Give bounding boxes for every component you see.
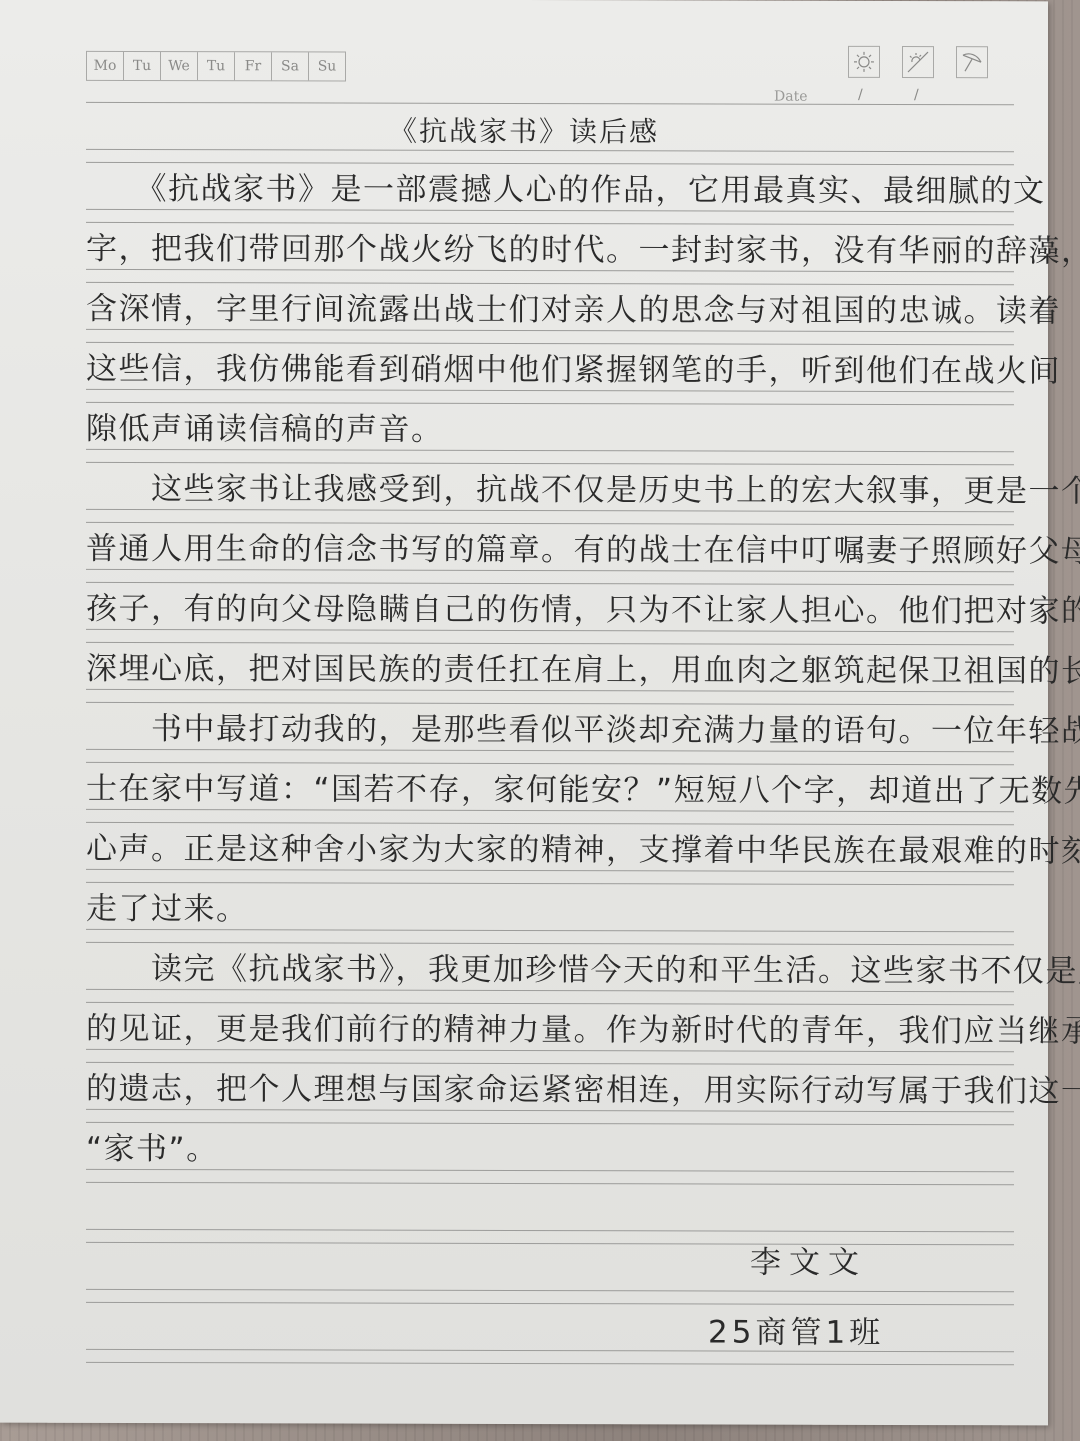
essay-line: 孩子，有的向父母隐瞒自己的伤情，只为不让家人担心。他们把对家的眷恋 bbox=[86, 589, 1008, 631]
weekday-selector: Mo Tu We Tu Fr Sa Su bbox=[86, 51, 346, 82]
essay-line: 隙低声诵读信稿的声音。 bbox=[86, 409, 1008, 451]
ruled-line bbox=[86, 1242, 1014, 1245]
sun-icon bbox=[848, 46, 880, 78]
ruled-line bbox=[86, 282, 1014, 285]
ruled-line bbox=[86, 1122, 1014, 1125]
essay-line: 普通人用生命的信念书写的篇章。有的战士在信中叮嘱妻子照顾好父母和 bbox=[86, 529, 1008, 571]
essay-line: 士在家中写道：“国若不存，家何能安？”短短八个字，却道出了无数先烈的 bbox=[86, 769, 1008, 811]
weekday-sa: Sa bbox=[272, 52, 309, 80]
weekday-th: Tu bbox=[198, 52, 235, 80]
ruled-line bbox=[86, 1302, 1014, 1305]
umbrella-icon bbox=[956, 46, 988, 78]
ruled-line bbox=[86, 1289, 1014, 1292]
ruled-line bbox=[86, 1362, 1014, 1365]
ruled-line bbox=[86, 642, 1014, 645]
essay-line: 心声。正是这种舍小家为大家的精神，支撑着中华民族在最艰难的时刻 bbox=[86, 829, 1008, 871]
signature-class: 25商管1班 bbox=[708, 1306, 884, 1351]
weather-boxes bbox=[848, 46, 988, 78]
ruled-line bbox=[86, 882, 1014, 885]
ruled-line bbox=[86, 462, 1014, 465]
ruled-line bbox=[86, 762, 1014, 765]
weekday-su: Su bbox=[309, 52, 345, 80]
ruled-line bbox=[86, 402, 1014, 405]
essay-line: 读完《抗战家书》，我更加珍惜今天的和平生活。这些家书不仅是历史 bbox=[86, 949, 1008, 991]
essay-line: 这些家书让我感受到，抗战不仅是历史书上的宏大叙事，更是一个个 bbox=[86, 469, 1008, 511]
ruled-line bbox=[86, 222, 1014, 225]
essay-line: 含深情，字里行间流露出战士们对亲人的思念与对祖国的忠诚。读着 bbox=[86, 289, 1008, 331]
date-label: Date bbox=[774, 89, 807, 105]
partly-cloudy-icon bbox=[902, 46, 934, 78]
ruled-line bbox=[86, 102, 1014, 105]
essay-line: “家书”。 bbox=[86, 1129, 1008, 1171]
ruled-line bbox=[86, 582, 1014, 585]
weekday-we: We bbox=[161, 52, 198, 80]
essay-line: 这些信，我仿佛能看到硝烟中他们紧握钢笔的手，听到他们在战火间 bbox=[86, 349, 1008, 391]
ruled-line bbox=[86, 1182, 1014, 1185]
ruled-line bbox=[86, 162, 1014, 165]
ruled-line bbox=[86, 822, 1014, 825]
ruled-line bbox=[86, 702, 1014, 705]
ruled-line bbox=[86, 1002, 1014, 1005]
essay-line: 的遗志，把个人理想与国家命运紧密相连，用实际行动写属于我们这一代人的 bbox=[86, 1069, 1008, 1111]
signature-name: 李文文 bbox=[750, 1237, 867, 1282]
essay-title: 《抗战家书》读后感 bbox=[0, 111, 1048, 154]
weekday-mo: Mo bbox=[87, 52, 124, 80]
date-separator: / bbox=[914, 87, 919, 103]
date-separator: / bbox=[858, 87, 863, 103]
essay-line: 深埋心底，把对国民族的责任扛在肩上，用血肉之躯筑起保卫祖国的长城。 bbox=[86, 649, 1008, 691]
ruled-line bbox=[86, 942, 1014, 945]
weekday-fr: Fr bbox=[235, 52, 272, 80]
essay-line: 书中最打动我的，是那些看似平淡却充满力量的语句。一位年轻战 bbox=[86, 709, 1008, 751]
ruled-line bbox=[86, 1229, 1014, 1232]
ruled-line bbox=[86, 522, 1014, 525]
ruled-line bbox=[86, 1062, 1014, 1065]
weekday-tu: Tu bbox=[124, 52, 161, 80]
essay-line: 《抗战家书》是一部震撼人心的作品，它用最真实、最细腻的文 bbox=[86, 169, 1008, 211]
notebook-page: Mo Tu We Tu Fr Sa Su bbox=[0, 0, 1048, 1425]
essay-line: 走了过来。 bbox=[86, 889, 1008, 931]
essay-line: 字，把我们带回那个战火纷飞的时代。一封封家书，没有华丽的辞藻，却饱 bbox=[86, 229, 1008, 271]
essay-line: 的见证，更是我们前行的精神力量。作为新时代的青年，我们应当继承先烈 bbox=[86, 1009, 1008, 1051]
ruled-line bbox=[86, 342, 1014, 345]
